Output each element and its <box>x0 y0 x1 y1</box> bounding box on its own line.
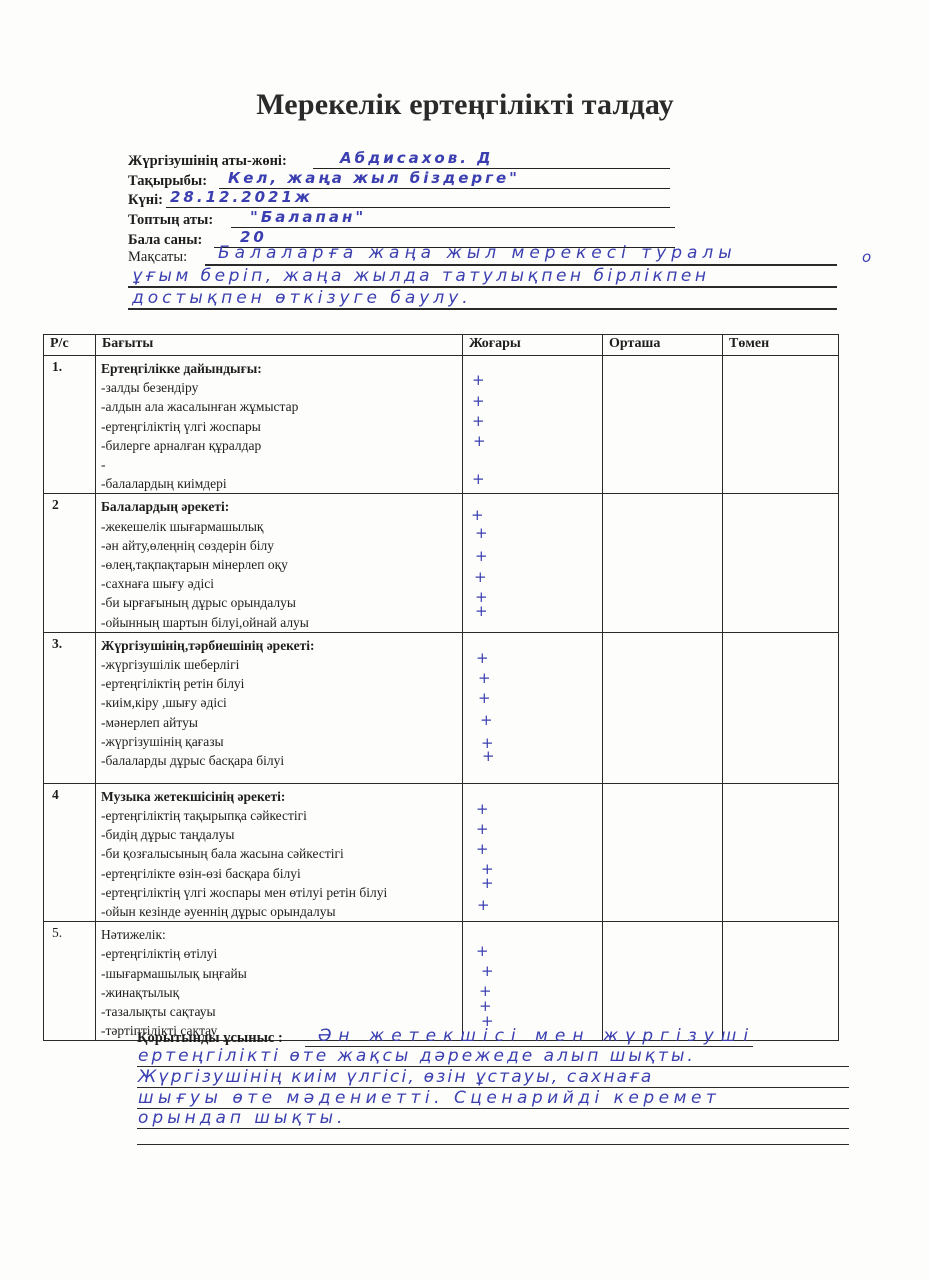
row-direction: Музыка жетекшісінің әрекеті:-ертеңгілікт… <box>96 783 463 921</box>
section-title: Музыка жетекшісінің әрекеті: <box>101 787 462 806</box>
criterion-item: -жинақтылық <box>101 983 462 1002</box>
underline <box>231 227 675 228</box>
header-medium: Орташа <box>603 335 723 356</box>
low-rating-cell[interactable] <box>723 494 839 632</box>
criterion-item: -сахнаға шығу әдісі <box>101 574 462 593</box>
evaluation-table: Р/с Бағыты Жоғары Орташа Төмен 1.Ертеңгі… <box>43 334 839 1041</box>
row-number: 2 <box>44 494 96 632</box>
plus-mark-icon: + <box>478 671 491 686</box>
plus-mark-icon: + <box>475 604 488 619</box>
date-value[interactable]: 28.12.2021ж <box>170 188 313 206</box>
criterion-item: -тазалықты сақтауы <box>101 1002 462 1021</box>
header-direction: Бағыты <box>96 335 463 356</box>
criterion-item: -алдын ала жасалынған жұмыстар <box>101 397 462 416</box>
plus-mark-icon: + <box>472 394 485 409</box>
plus-mark-icon: + <box>475 549 488 564</box>
table-row: 5.Нәтижелік:-ертеңгіліктің өтілуі-шығарм… <box>44 922 839 1041</box>
conclusion-text-line[interactable]: шығуы өте мәдениетті. Сценарийді керемет <box>138 1088 720 1108</box>
low-rating-cell[interactable] <box>723 922 839 1041</box>
conclusion-text-line[interactable]: ертеңгілікті өте жақсы дәрежеде алып шық… <box>138 1046 696 1066</box>
criterion-item: -ертеңгіліктің тақырыпқа сәйкестігі <box>101 806 462 825</box>
plus-mark-icon: + <box>481 964 494 979</box>
plus-mark-icon: + <box>476 802 489 817</box>
section-title: Ертеңгілікке дайындығы: <box>101 359 462 378</box>
plus-mark-icon: + <box>476 944 489 959</box>
section-title: Жүргізушінің,тәрбиешінің әрекеті: <box>101 636 462 655</box>
field-label: Бала саны: <box>128 232 202 249</box>
leader-name-value[interactable]: Абдисахов. Д <box>340 149 493 167</box>
plus-mark-icon: + <box>475 526 488 541</box>
goal-text-line[interactable]: ұғым беріп, жаңа жылда татулықпен бірлік… <box>132 266 709 286</box>
underline <box>166 207 670 208</box>
low-rating-cell[interactable] <box>723 356 839 494</box>
medium-rating-cell[interactable] <box>603 922 723 1041</box>
high-rating-cell[interactable]: ++++++ <box>463 783 603 921</box>
criterion-item: -жекешелік шығармашылық <box>101 517 462 536</box>
criterion-item: -мәнерлеп айтуы <box>101 713 462 732</box>
goal-label: Мақсаты: <box>128 249 187 266</box>
criterion-item: -жүргізушілік шеберлігі <box>101 655 462 674</box>
section-title: Нәтижелік: <box>101 925 462 944</box>
criterion-item: - <box>101 455 462 474</box>
plus-mark-icon: + <box>471 508 484 523</box>
table-row: 1.Ертеңгілікке дайындығы:-залды безендір… <box>44 356 839 494</box>
plus-mark-icon: + <box>476 822 489 837</box>
document-title: Мерекелік ертеңгілікті талдау <box>0 88 930 122</box>
conclusion-text-line[interactable]: орындап шықты. <box>138 1108 346 1128</box>
medium-rating-cell[interactable] <box>603 783 723 921</box>
plus-mark-icon: + <box>476 842 489 857</box>
medium-rating-cell[interactable] <box>603 494 723 632</box>
criterion-item: -балаларды дұрыс басқара білуі <box>101 751 462 770</box>
plus-mark-icon: + <box>477 898 490 913</box>
criterion-item: -балалардың киімдері <box>101 474 462 493</box>
criterion-item: -залды безендіру <box>101 378 462 397</box>
criterion-item: -би ырғағының дұрыс орындалуы <box>101 593 462 612</box>
row-direction: Нәтижелік:-ертеңгіліктің өтілуі-шығармаш… <box>96 922 463 1041</box>
conclusion-line-6 <box>137 1144 849 1145</box>
criterion-item: -бидің дұрыс таңдалуы <box>101 825 462 844</box>
low-rating-cell[interactable] <box>723 632 839 783</box>
conclusion-line-5 <box>137 1128 849 1129</box>
conclusion-label: Қорытынды ұсыныс : <box>137 1030 283 1047</box>
medium-rating-cell[interactable] <box>603 632 723 783</box>
plus-mark-icon: + <box>473 434 486 449</box>
table-header-row: Р/с Бағыты Жоғары Орташа Төмен <box>44 335 839 356</box>
plus-mark-icon: + <box>474 570 487 585</box>
goal-line-3 <box>128 308 837 310</box>
criterion-item: -шығармашылық ыңғайы <box>101 964 462 983</box>
plus-mark-icon: + <box>482 749 495 764</box>
table-row: 4Музыка жетекшісінің әрекеті:-ертеңгілік… <box>44 783 839 921</box>
row-direction: Жүргізушінің,тәрбиешінің әрекеті:-жүргіз… <box>96 632 463 783</box>
criterion-item: -ән айту,өлеңнің сөздерін білу <box>101 536 462 555</box>
criterion-item: -киім,кіру ,шығу әдісі <box>101 693 462 712</box>
plus-mark-icon: + <box>472 472 485 487</box>
high-rating-cell[interactable]: +++++ <box>463 356 603 494</box>
medium-rating-cell[interactable] <box>603 356 723 494</box>
criterion-item: -ертеңгіліктің үлгі жоспары мен өтілуі р… <box>101 883 462 902</box>
criterion-item: -ертеңгіліктің үлгі жоспары <box>101 417 462 436</box>
criterion-item: -ойын кезінде әуеннің дұрыс орындалуы <box>101 902 462 921</box>
row-number: 1. <box>44 356 96 494</box>
plus-mark-icon: + <box>476 651 489 666</box>
row-number: 4 <box>44 783 96 921</box>
conclusion-text-line[interactable]: Жүргізушінің киім үлгісі, өзін ұстауы, с… <box>138 1067 654 1087</box>
row-direction: Ертеңгілікке дайындығы:-залды безендіру-… <box>96 356 463 494</box>
row-number: 3. <box>44 632 96 783</box>
section-title: Балалардың әрекеті: <box>101 497 462 516</box>
header-high: Жоғары <box>463 335 603 356</box>
field-label: Топтың аты: <box>128 212 213 229</box>
topic-value[interactable]: Кел, жаңа жыл біздерге" <box>228 169 520 187</box>
criterion-item: -ертеңгіліктің өтілуі <box>101 944 462 963</box>
plus-mark-icon: + <box>481 876 494 891</box>
criterion-item: -билерге арналған құралдар <box>101 436 462 455</box>
plus-mark-icon: + <box>480 713 493 728</box>
field-label: Күні: <box>128 192 163 209</box>
field-label: Жүргізушінің аты-жөні: <box>128 153 287 170</box>
conclusion-text-line[interactable]: Ән жетекшісі мен жүргізуші <box>318 1026 755 1046</box>
criterion-item: -ойынның шартын білуі,ойнай алуы <box>101 613 462 632</box>
row-number: 5. <box>44 922 96 1041</box>
high-rating-cell[interactable]: ++++++ <box>463 494 603 632</box>
table-row: 3.Жүргізушінің,тәрбиешінің әрекеті:-жүрг… <box>44 632 839 783</box>
plus-mark-icon: + <box>478 691 491 706</box>
goal-text-line[interactable]: Балаларға жаңа жыл мерекесі туралы <box>218 243 737 263</box>
high-rating-cell[interactable]: ++++++ <box>463 632 603 783</box>
header-low: Төмен <box>723 335 839 356</box>
row-direction: Балалардың әрекеті:-жекешелік шығармашыл… <box>96 494 463 632</box>
header-number: Р/с <box>44 335 96 356</box>
plus-mark-icon: + <box>472 414 485 429</box>
table-row: 2Балалардың әрекеті:-жекешелік шығармашы… <box>44 494 839 632</box>
criterion-item: -жүргізушінің қағазы <box>101 732 462 751</box>
criterion-item: -ертеңгіліктің ретін білуі <box>101 674 462 693</box>
high-rating-cell[interactable]: +++++ <box>463 922 603 1041</box>
criterion-item: -өлең,тақпақтарын мінерлеп оқу <box>101 555 462 574</box>
plus-mark-icon: + <box>472 373 485 388</box>
criterion-item: -ертеңгілікте өзін-өзі басқара білуі <box>101 864 462 883</box>
low-rating-cell[interactable] <box>723 783 839 921</box>
criterion-item: -би қозғалысының бала жасына сәйкестігі <box>101 844 462 863</box>
margin-mark: o <box>862 248 874 266</box>
goal-text-line[interactable]: достықпен өткізуге баулу. <box>132 288 472 308</box>
group-name-value[interactable]: "Балапан" <box>250 208 366 226</box>
